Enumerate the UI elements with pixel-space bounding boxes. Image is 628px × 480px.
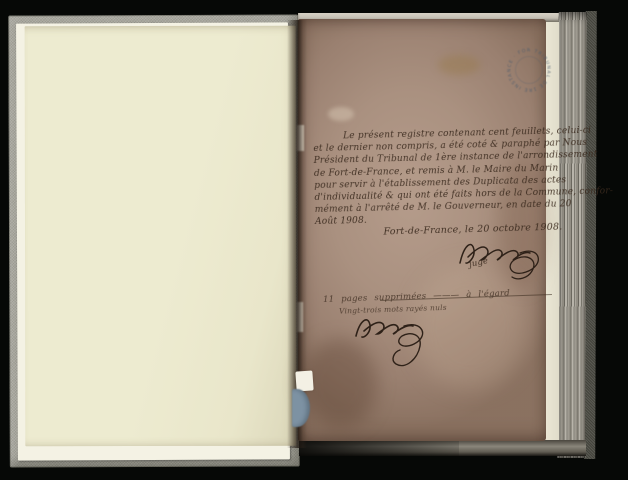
stain-yellow <box>438 55 480 75</box>
judge-signature <box>452 231 552 293</box>
svg-text:· TRIBUNAL DE 1RE INSTANCE · F: · TRIBUNAL DE 1RE INSTANCE · FORT-DE-FRA… <box>505 46 552 93</box>
stamp-ring-text: · TRIBUNAL DE 1RE INSTANCE · FORT-DE-FRA… <box>505 46 552 93</box>
page-stack-fore-edge <box>557 12 587 458</box>
circular-stamp-icon: · TRIBUNAL DE 1RE INSTANCE · FORT-DE-FRA… <box>505 46 553 94</box>
left-blank-page <box>25 26 297 446</box>
bottom-edge-shadow <box>299 440 459 456</box>
second-signature <box>346 308 456 374</box>
stamp-inner-ring <box>516 57 543 84</box>
manuscript-paragraph: Le présent registre contenant cent feuil… <box>313 125 565 228</box>
scanned-book-photo: · TRIBUNAL DE 1RE INSTANCE · FORT-DE-FRA… <box>0 0 628 480</box>
stain-pale-speck <box>328 107 354 121</box>
